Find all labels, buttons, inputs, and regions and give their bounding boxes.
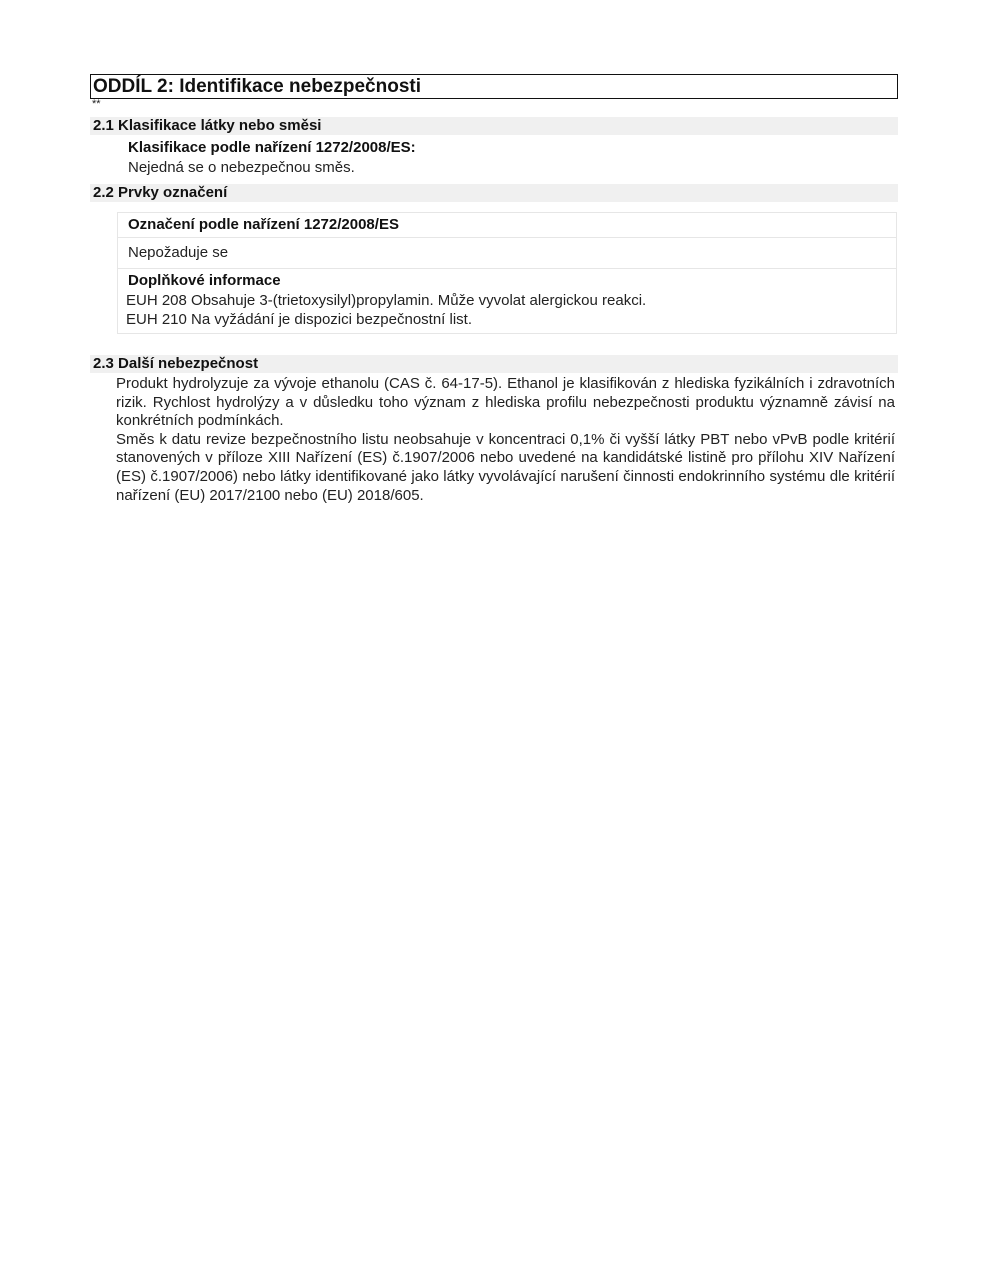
revision-marker: ** [92, 99, 898, 111]
section-title: ODDÍL 2: Identifikace nebezpečnosti [90, 74, 898, 99]
supplementary-title: Doplňkové informace [118, 271, 896, 291]
paragraph: Produkt hydrolyzuje za vývoje ethanolu (… [116, 375, 895, 431]
subsection-header-2-1: 2.1 Klasifikace látky nebo směsi [90, 117, 898, 135]
subsection-header-2-3: 2.3 Další nebezpečnost [90, 355, 898, 373]
euh-statement: EUH 208 Obsahuje 3-(trietoxysilyl)propyl… [118, 291, 896, 310]
subsection-header-2-2: 2.2 Prvky označení [90, 184, 898, 202]
other-hazards-text: Produkt hydrolyzuje za vývoje ethanolu (… [116, 375, 895, 505]
supplementary-info: Doplňkové informace EUH 208 Obsahuje 3-(… [118, 269, 896, 333]
euh-statement: EUH 210 Na vyžádání je dispozici bezpečn… [118, 310, 896, 329]
label-elements-box: Označení podle nařízení 1272/2008/ES Nep… [117, 212, 897, 334]
classification-text: Nejedná se o nebezpečnou směs. [128, 158, 898, 178]
paragraph: Směs k datu revize bezpečnostního listu … [116, 431, 895, 505]
label-value: Nepožaduje se [118, 238, 896, 269]
label-title: Označení podle nařízení 1272/2008/ES [118, 213, 896, 238]
classification-title: Klasifikace podle nařízení 1272/2008/ES: [128, 138, 898, 158]
document-page: ODDÍL 2: Identifikace nebezpečnosti ** 2… [90, 74, 898, 505]
